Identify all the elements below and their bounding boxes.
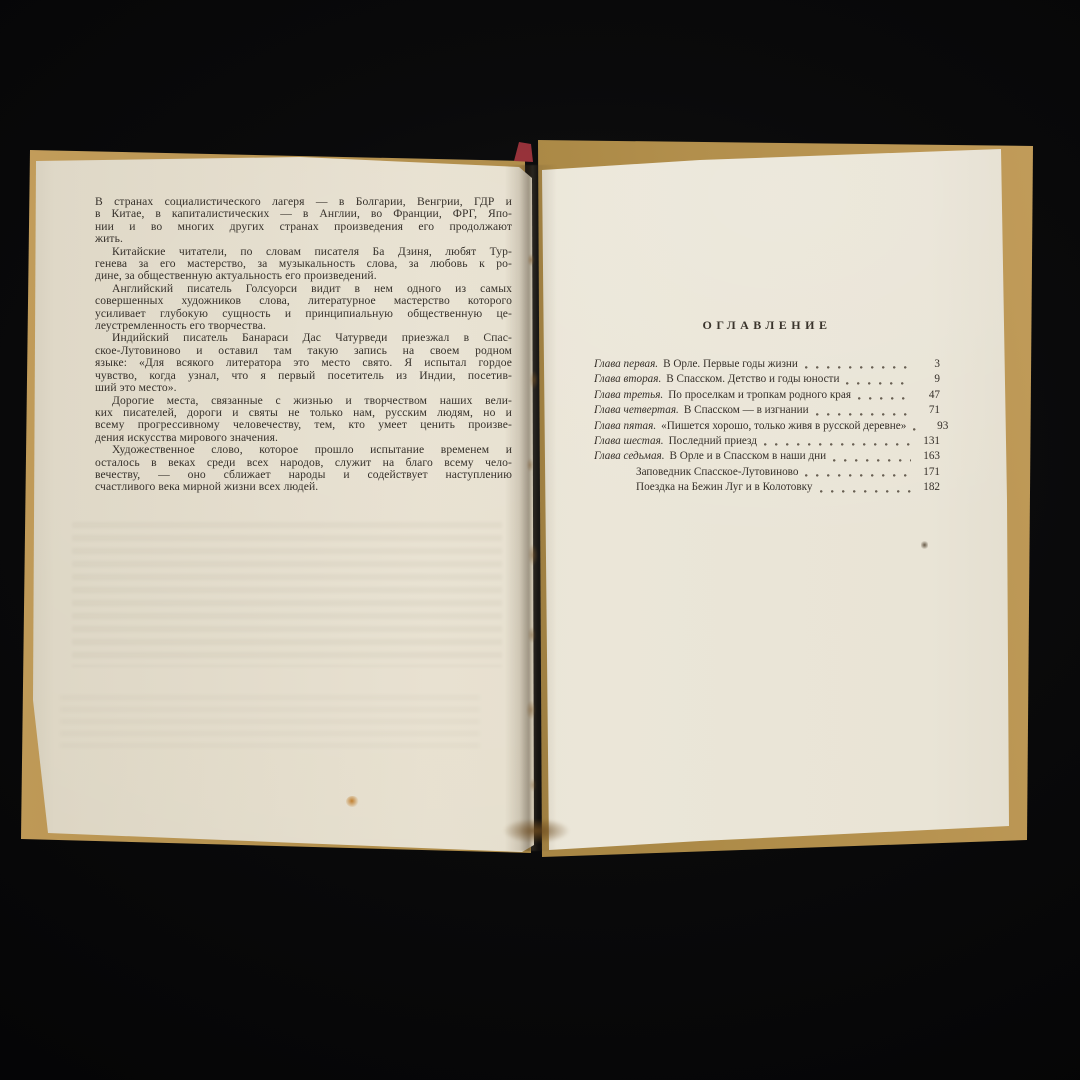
toc-title: В Орле и в Спасском в наши дни <box>670 449 827 464</box>
book-photo: В странах социалистического лагеря — в Б… <box>0 0 1080 1080</box>
toc-title: В Спасском — в изгнании <box>684 403 809 418</box>
toc-title: Заповедник Спасское-Лутовиново <box>636 465 798 480</box>
body-text-line: Индийский писатель Банараси Дас Чатурвед… <box>95 332 512 344</box>
toc-entry: Глава седьмая.В Орле и в Спасском в наши… <box>594 449 940 464</box>
toc-page-number: 3 <box>916 357 940 372</box>
toc-entry: Глава пятая.«Пишется хорошо, только живя… <box>594 419 940 434</box>
stain-spot <box>346 796 359 807</box>
toc-entry: Поездка на Бежин Луг и в Колотовку182 <box>594 480 940 495</box>
body-text-line: в Китае, в капиталистических — в Англии,… <box>95 208 512 220</box>
toc-title: По проселкам и тропкам родного края <box>668 388 851 403</box>
text-showthrough-lower <box>60 695 480 750</box>
toc-title: «Пишется хорошо, только живя в русской д… <box>661 419 906 434</box>
toc-dot-leader <box>846 382 911 385</box>
toc-dot-leader <box>833 459 911 462</box>
toc-heading: ОГЛАВЛЕНИЕ <box>594 318 940 333</box>
toc-chapter-label: Глава седьмая. <box>594 449 665 464</box>
body-text-line: жить. <box>95 233 512 245</box>
left-page-text: В странах социалистического лагеря — в Б… <box>95 196 512 494</box>
toc-page-number: 93 <box>924 419 948 434</box>
toc-dot-leader <box>805 366 911 369</box>
toc-entry: Глава третья.По проселкам и тропкам родн… <box>594 388 940 403</box>
body-text-line: Художественное слово, которое прошло исп… <box>95 444 512 456</box>
body-text-line: дине, за общественную актуальность его п… <box>95 270 512 282</box>
body-text-line: всему прогрессивному человечеству, тем, … <box>95 419 512 431</box>
toc-title: Последний приезд <box>669 434 757 449</box>
toc-page-number: 171 <box>916 465 940 480</box>
toc-chapter-label: Глава вторая. <box>594 372 661 387</box>
toc-dot-leader <box>805 474 911 477</box>
toc-title: Поездка на Бежин Луг и в Колотовку <box>636 480 813 495</box>
toc-entry: Глава первая.В Орле. Первые годы жизни3 <box>594 357 940 372</box>
ink-speck <box>921 540 928 550</box>
body-text-line: совершенных художников слова, литературн… <box>95 295 512 307</box>
toc-dot-leader <box>913 428 919 431</box>
body-text-line: языке: «Для всякого литератора это место… <box>95 357 512 369</box>
toc-chapter-label: Глава первая. <box>594 357 658 372</box>
toc-entry: Глава шестая.Последний приезд131 <box>594 434 940 449</box>
body-text-line: ший это место». <box>95 382 512 394</box>
toc-page-number: 163 <box>916 449 940 464</box>
body-text-line: счастливого века мирной жизни всех людей… <box>95 481 512 493</box>
toc-entry: Заповедник Спасское-Лутовиново171 <box>594 465 940 480</box>
toc-entry: Глава четвертая.В Спасском — в изгнании7… <box>594 403 940 418</box>
toc-page-number: 131 <box>916 434 940 449</box>
toc-title: В Спасском. Детство и годы юности <box>666 372 839 387</box>
toc-chapter-label: Глава шестая. <box>594 434 664 449</box>
toc-page-number: 47 <box>916 388 940 403</box>
gutter-bottom-smudge <box>503 820 577 844</box>
toc-entry: Глава вторая.В Спасском. Детство и годы … <box>594 372 940 387</box>
toc-chapter-label: Глава пятая. <box>594 419 656 434</box>
text-showthrough-upper <box>72 522 502 667</box>
toc-dot-leader <box>858 397 911 400</box>
toc-dot-leader <box>820 490 911 493</box>
toc-page-number: 9 <box>916 372 940 387</box>
toc-dot-leader <box>764 443 911 446</box>
toc-chapter-label: Глава третья. <box>594 388 663 403</box>
toc-page-number: 182 <box>916 480 940 495</box>
table-of-contents: ОГЛАВЛЕНИЕ Глава первая.В Орле. Первые г… <box>594 318 940 496</box>
toc-dot-leader <box>816 413 911 416</box>
toc-page-number: 71 <box>916 403 940 418</box>
gutter-page-edges <box>505 165 557 851</box>
toc-entries: Глава первая.В Орле. Первые годы жизни3Г… <box>594 357 940 496</box>
toc-chapter-label: Глава четвертая. <box>594 403 679 418</box>
body-text-line: нии и во многих других странах произведе… <box>95 221 512 233</box>
toc-title: В Орле. Первые годы жизни <box>663 357 798 372</box>
